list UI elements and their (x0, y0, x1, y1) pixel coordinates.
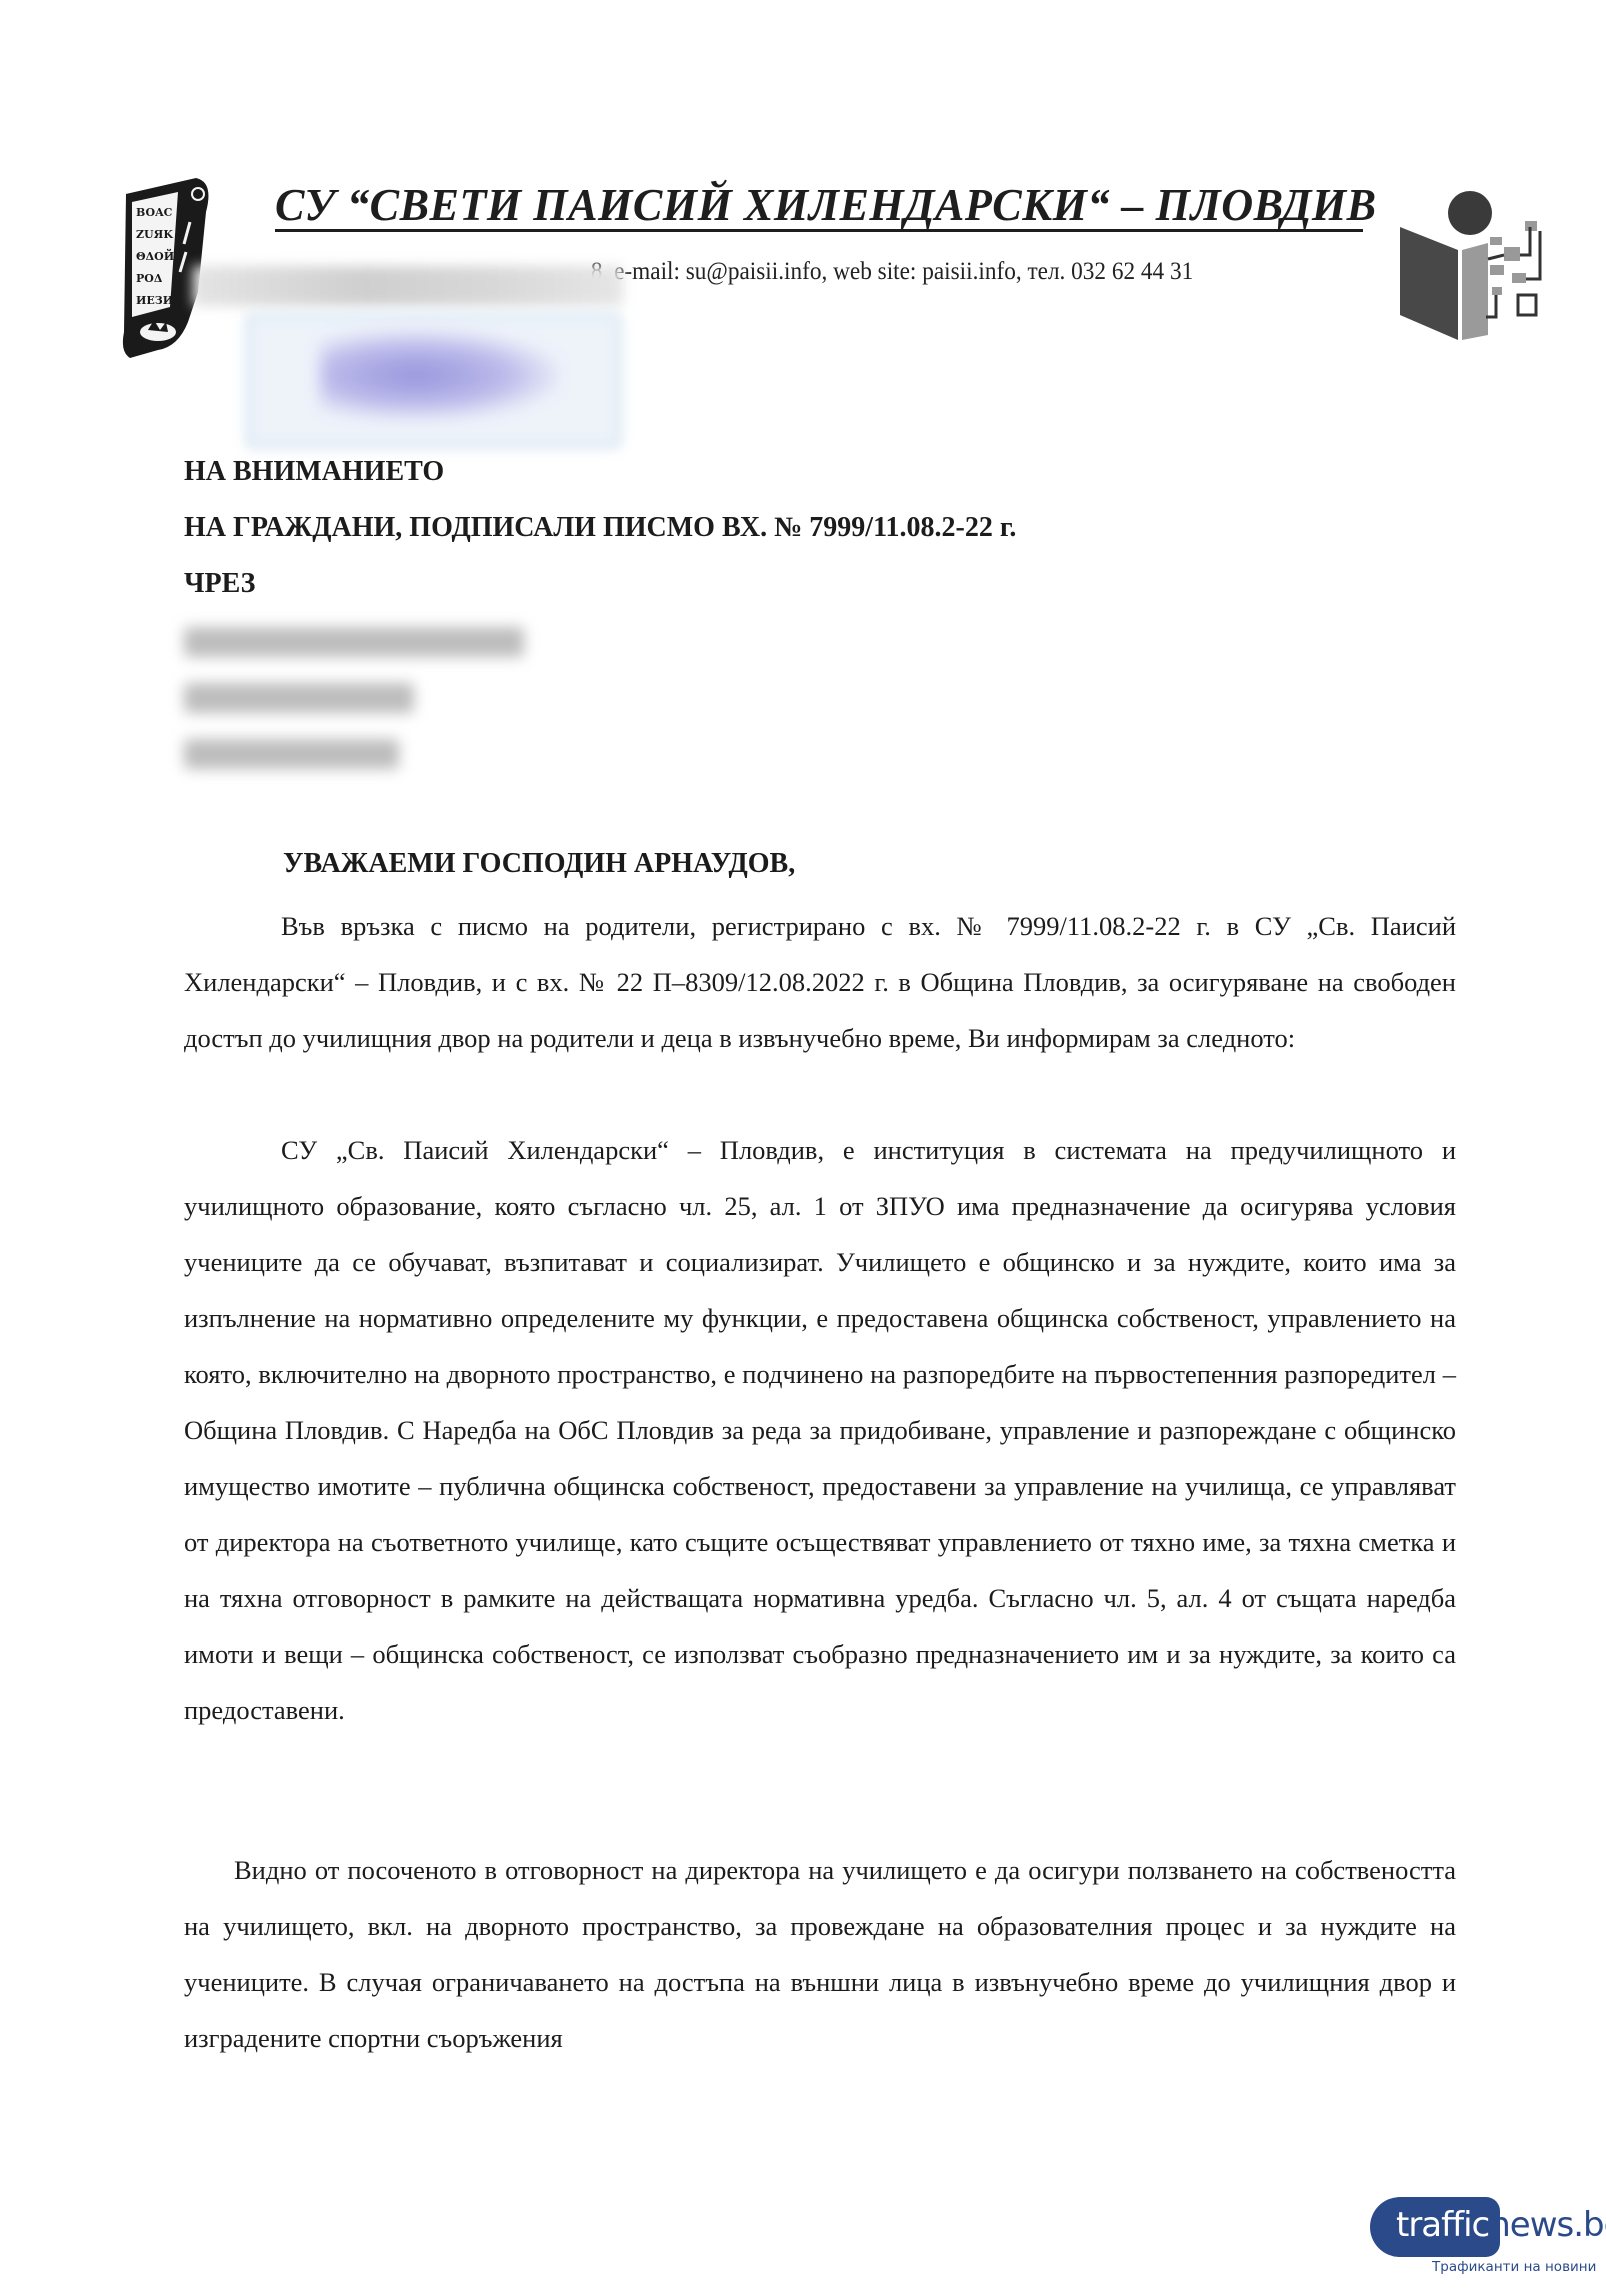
trafficnews-watermark: trafficnews.bg Трафиканти на новини (1370, 2197, 1606, 2290)
salutation: УВАЖАЕМИ ГОСПОДИН АРНАУДОВ, (283, 848, 795, 880)
school-name-heading: СУ “СВЕТИ ПАИСИЙ ХИЛЕНДАРСКИ“ – ПЛОВДИВ (275, 178, 1377, 231)
book-reader-icon (1400, 175, 1570, 340)
paragraph-3: Видно от посоченото в отговорност на дир… (184, 1842, 1456, 2066)
school-emblem-right (1400, 175, 1570, 340)
svg-text:ИΕЗИ: ИΕЗИ (136, 294, 173, 307)
paragraph-3-text: Видно от посоченото в отговорност на дир… (184, 1855, 1456, 2053)
redacted-address (193, 266, 623, 306)
recipient-line-2: НА ГРАЖДАНИ, ПОДПИСАЛИ ПИСМО ВХ. № 7999/… (184, 512, 1016, 544)
svg-text:BOAC: BOAC (136, 206, 173, 219)
recipient-line-3: ЧРЕЗ (184, 568, 255, 600)
paragraph-2-text: СУ „Св. Паисий Хилендарски“ – Пловдив, е… (184, 1135, 1456, 1725)
paragraph-1: Във връзка с писмо на родители, регистри… (184, 898, 1456, 1066)
watermark-tagline: Трафиканти на новини (1432, 2259, 1596, 2275)
redacted-recipient-name (184, 627, 524, 657)
redacted-stamp-ink (320, 330, 560, 420)
svg-text:PΟΔ: PΟΔ (136, 272, 163, 285)
title-underline (275, 229, 1363, 232)
redacted-recipient-org (184, 683, 414, 713)
svg-text:ZUЯK: ZUЯK (136, 228, 173, 241)
svg-text:ΘΔΟЙ: ΘΔΟЙ (136, 248, 174, 263)
watermark-brand: trafficnews.bg (1396, 2205, 1606, 2245)
paragraph-1-text: Във връзка с писмо на родители, регистри… (184, 911, 1456, 1053)
redacted-recipient-address (184, 739, 399, 769)
recipient-line-1: НА ВНИМАНИЕТО (184, 456, 444, 488)
paragraph-2: СУ „Св. Паисий Хилендарски“ – Пловдив, е… (184, 1122, 1456, 1738)
contact-details: 8, e-mail: su@paisii.info, web site: pai… (591, 258, 1193, 285)
